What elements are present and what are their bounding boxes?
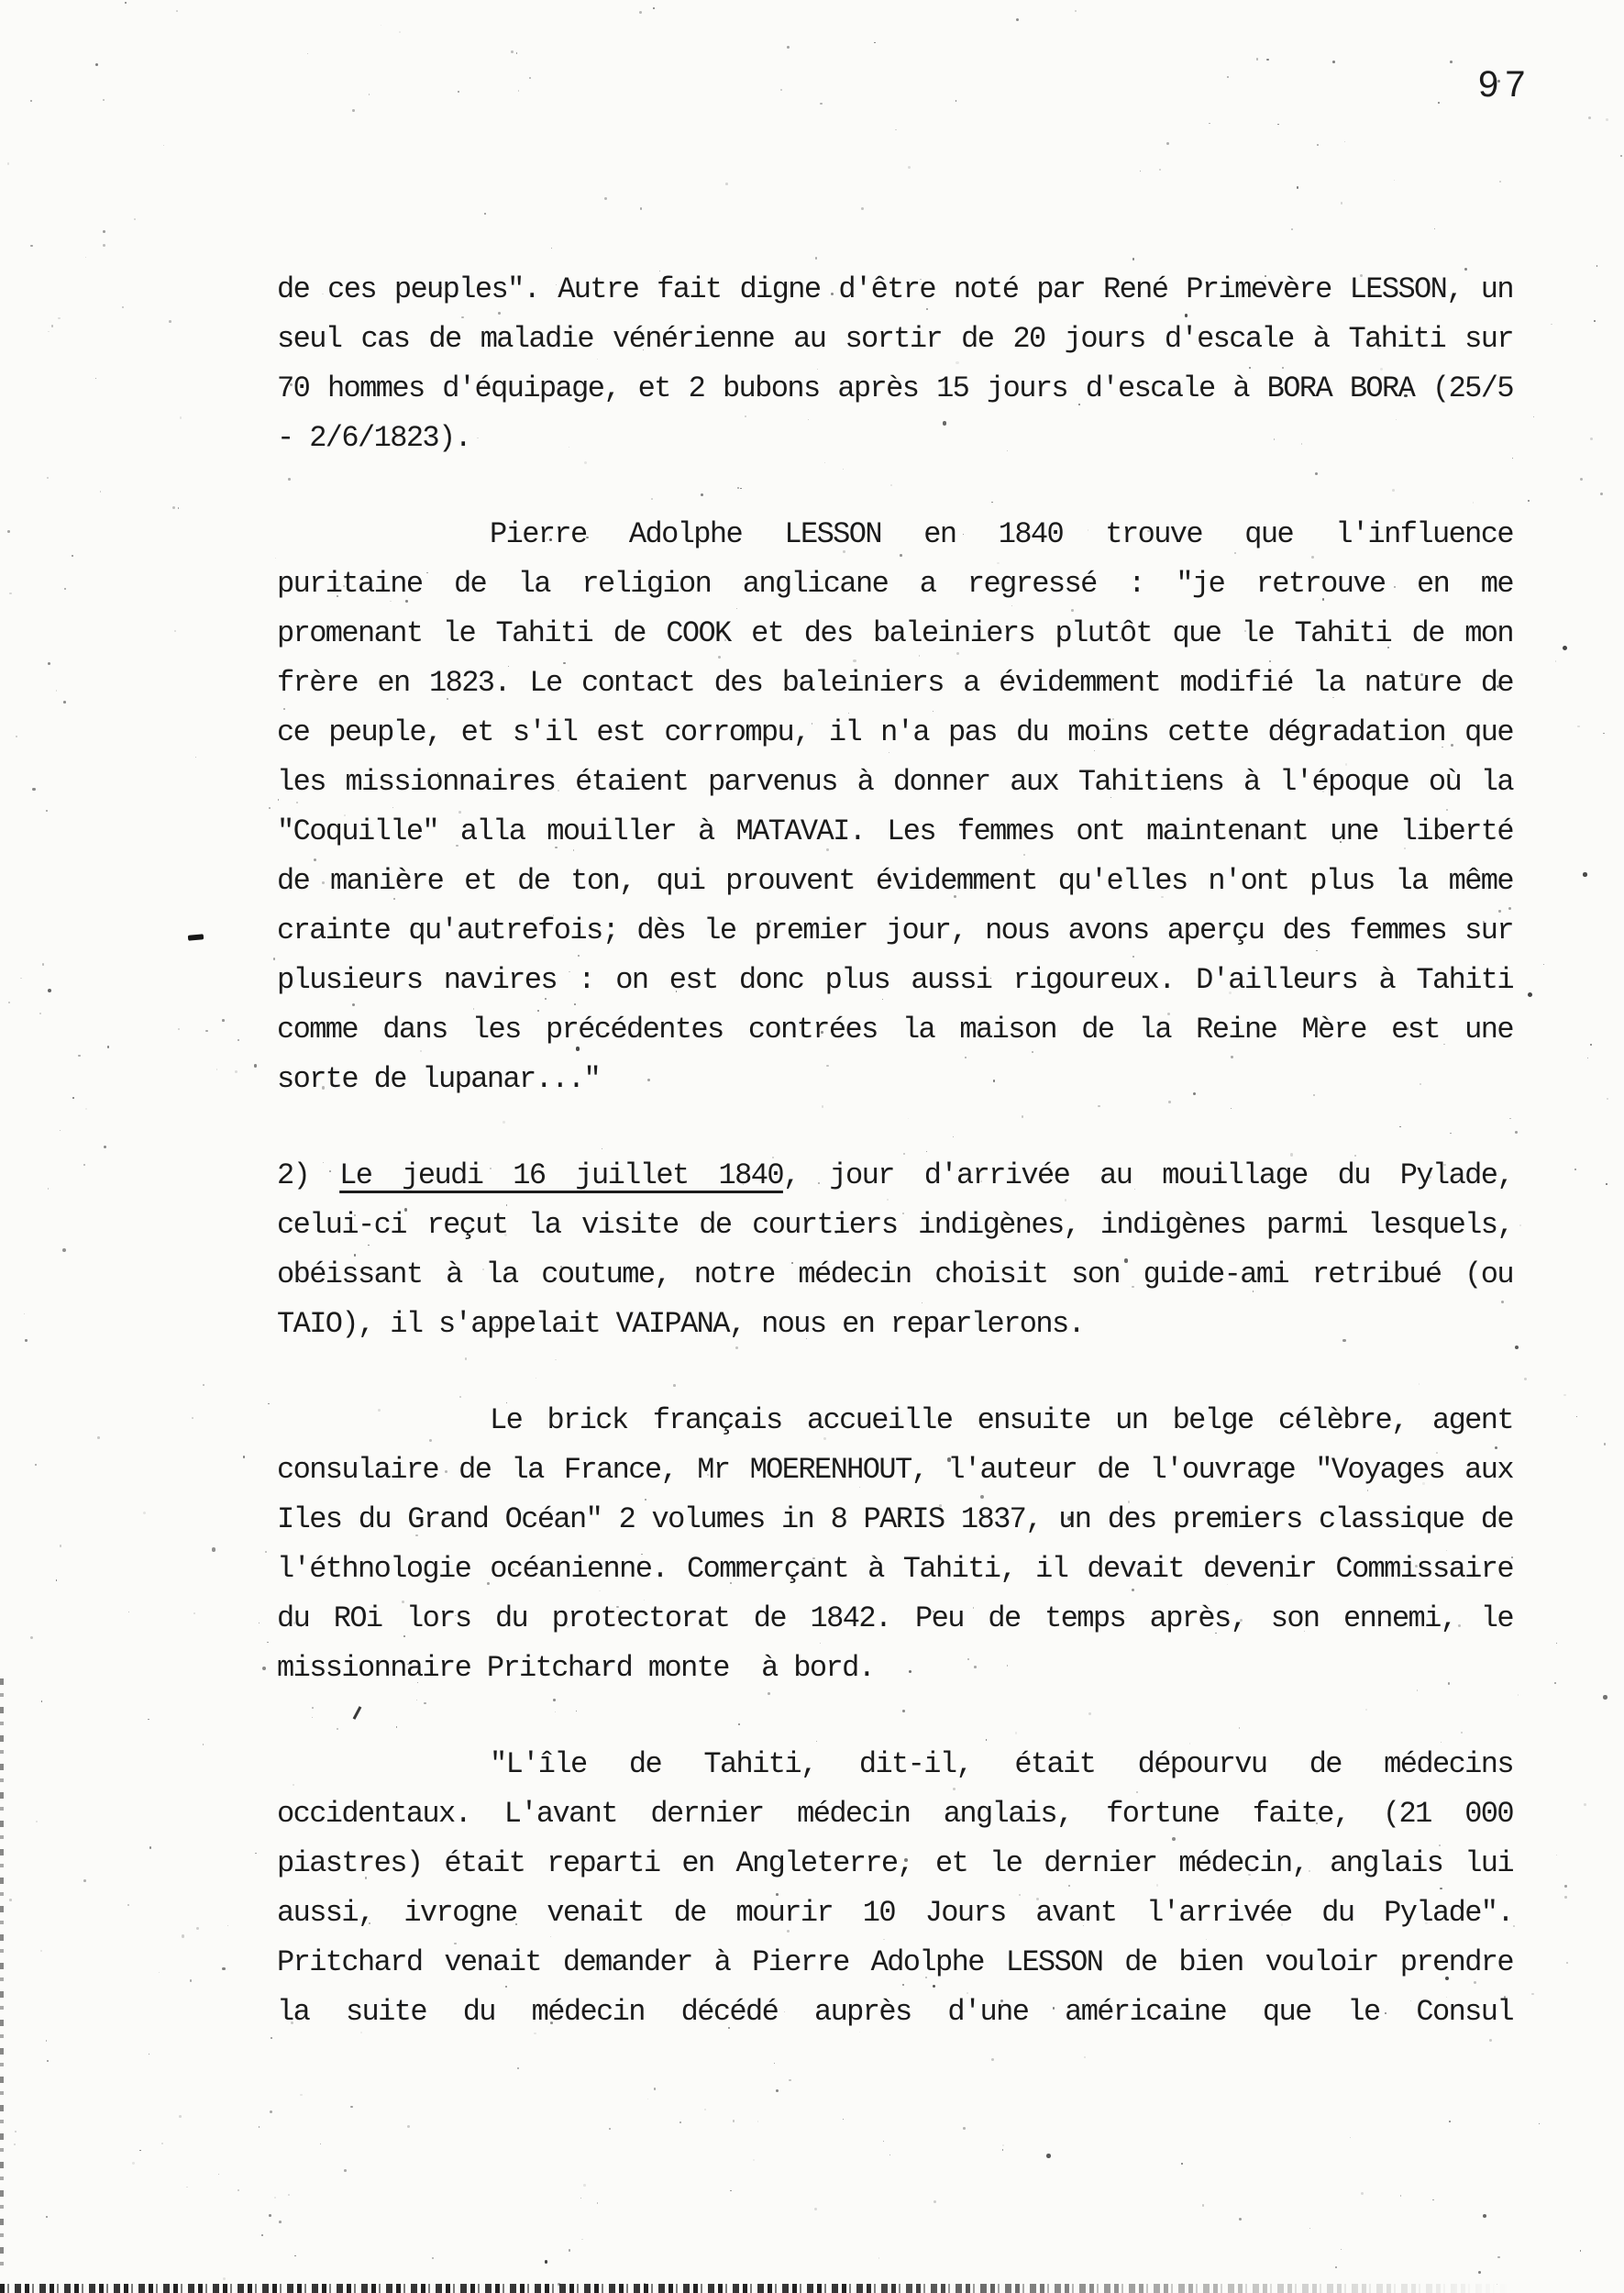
noise-speck [107, 1046, 109, 1047]
noise-speck [1450, 61, 1453, 63]
noise-speck [179, 2115, 182, 2118]
noise-speck [148, 1719, 149, 1721]
stray-ink-dash [188, 934, 204, 940]
noise-speck [1603, 1695, 1607, 1700]
noise-speck [597, 2202, 599, 2204]
text-line: du ROi lors du protectorat de 1842. Peu … [277, 1594, 1513, 1644]
noise-speck [344, 2169, 347, 2172]
noise-speck [432, 2257, 434, 2259]
noise-speck [169, 320, 171, 323]
noise-speck [1603, 733, 1605, 735]
noise-speck [238, 1039, 240, 1042]
noise-speck [1580, 478, 1583, 481]
noise-speck [40, 1950, 42, 1952]
noise-speck [178, 507, 179, 508]
noise-speck [1566, 1962, 1568, 1964]
noise-speck [227, 1925, 228, 1926]
text-line: aussi, ivrogne venait de mourir 10 Jours… [277, 1889, 1513, 1938]
text-line: piastres) était reparti en Angleterre, e… [277, 1839, 1513, 1889]
noise-speck [56, 690, 58, 692]
text-line: Pritchard venait demander à Pierre Adolp… [277, 1938, 1513, 1988]
noise-speck [1588, 116, 1591, 119]
text-line: l'éthnologie océanienne. Commerçant à Ta… [277, 1545, 1513, 1594]
text-line: promenant le Tahiti de COOK et des balei… [277, 609, 1513, 659]
noise-speck [47, 477, 49, 479]
noise-speck [654, 2088, 657, 2090]
noise-speck [1350, 2137, 1351, 2138]
noise-speck [259, 1623, 260, 1623]
noise-speck [1002, 2144, 1004, 2146]
noise-speck [7, 162, 10, 165]
noise-speck [46, 2040, 47, 2041]
noise-speck [1555, 660, 1556, 661]
text-line: 70 hommes d'équipage, et 2 bubons après … [277, 364, 1513, 414]
noise-speck [1620, 155, 1622, 157]
noise-speck [1533, 416, 1534, 417]
noise-speck [143, 1512, 146, 1514]
noise-speck [1483, 2214, 1486, 2218]
noise-speck [1606, 1183, 1607, 1184]
noise-speck [149, 1846, 152, 1849]
noise-speck [127, 1904, 129, 1906]
noise-speck [254, 1064, 258, 1068]
noise-speck [235, 1070, 238, 1073]
noise-speck [1556, 1643, 1557, 1644]
noise-speck [1564, 1885, 1567, 1888]
noise-speck [1513, 1925, 1515, 1927]
noise-speck [273, 958, 275, 959]
text-line: comme dans les précédentes contrées la m… [277, 1005, 1513, 1055]
noise-speck [1563, 1394, 1566, 1397]
text-line: "L'île de Tahiti, dit-il, était dépourvu… [277, 1740, 1513, 1789]
noise-speck [1159, 169, 1161, 171]
noise-speck [35, 1464, 37, 1466]
text-line: de manière et de ton, qui prouvent évide… [277, 857, 1513, 906]
noise-speck [1341, 2249, 1342, 2250]
noise-speck [222, 1967, 225, 1970]
noise-speck [1266, 59, 1268, 61]
noise-speck [1594, 320, 1596, 322]
noise-speck [529, 77, 531, 79]
noise-speck [963, 2127, 966, 2130]
line-rest: , jour d'arrivée au mouillage du Pylade, [783, 1158, 1513, 1192]
noise-speck [128, 1612, 129, 1612]
noise-speck [814, 2208, 817, 2210]
noise-speck [787, 46, 790, 49]
noise-speck [647, 2099, 648, 2099]
text-line: ce peuple, et s'il est corrompu, il n'a … [277, 708, 1513, 758]
noise-speck [279, 2221, 282, 2223]
noise-speck [259, 2126, 260, 2127]
text-line: celui-ci reçut la visite de courtiers in… [277, 1201, 1513, 1250]
noise-speck [212, 1547, 215, 1551]
noise-speck [1227, 76, 1229, 78]
text-line: "Coquille" alla mouiller à MATAVAI. Les … [277, 807, 1513, 857]
noise-speck [780, 89, 782, 91]
text-line: de ces peuples". Autre fait digne d'être… [277, 265, 1513, 315]
noise-speck [1140, 171, 1141, 172]
page-number: 97 [1478, 64, 1532, 105]
noise-speck [895, 129, 897, 131]
noise-speck [48, 1188, 50, 1190]
text-line: la suite du médecin décédé auprès d'une … [277, 1988, 1513, 2037]
noise-speck [511, 50, 514, 53]
noise-speck [16, 736, 17, 737]
noise-speck [203, 1384, 204, 1386]
text-line: missionnaire Pritchard monte à bord. [277, 1644, 1513, 1693]
noise-speck [1341, 202, 1343, 205]
noise-speck [1075, 10, 1077, 12]
noise-speck [730, 2190, 731, 2191]
noise-speck [172, 506, 175, 509]
noise-speck [1556, 1855, 1557, 1855]
noise-speck [60, 1130, 61, 1132]
noise-speck [1400, 2195, 1402, 2197]
noise-speck [458, 91, 458, 92]
noise-speck [243, 1456, 245, 1457]
noise-speck [820, 103, 822, 105]
noise-speck [604, 197, 607, 200]
noise-speck [1434, 228, 1435, 229]
noise-speck [190, 1979, 192, 1981]
noise-speck [653, 7, 655, 9]
noise-speck [1584, 1803, 1586, 1806]
noise-speck [640, 207, 642, 209]
noise-speck [757, 2121, 759, 2122]
noise-speck [63, 701, 66, 703]
noise-speck [350, 2106, 352, 2108]
noise-speck [1577, 726, 1580, 728]
noise-speck [56, 1579, 57, 1580]
noise-speck [883, 2141, 884, 2142]
noise-speck [1515, 1131, 1518, 1134]
noise-speck [300, 2094, 302, 2096]
noise-speck [516, 52, 518, 54]
text-line: plusieurs navires : on est donc plus aus… [277, 956, 1513, 1005]
noise-speck [269, 807, 271, 809]
noise-speck [1046, 2154, 1051, 2158]
noise-speck [182, 1934, 184, 1937]
noise-speck [956, 100, 957, 102]
noise-speck [1478, 2271, 1481, 2274]
noise-speck [1132, 258, 1135, 260]
noise-speck [1449, 2121, 1451, 2122]
text-line: crainte qu'autrefois; dès le premier jou… [277, 906, 1513, 956]
stray-ink-dot [1528, 992, 1532, 997]
noise-speck [776, 2089, 779, 2092]
noise-speck [1317, 144, 1319, 146]
noise-speck [369, 94, 370, 95]
noise-speck [20, 978, 21, 979]
noise-speck [269, 2214, 271, 2217]
noise-speck [46, 2216, 48, 2218]
noise-speck [267, 1642, 269, 1644]
noise-speck [679, 2121, 681, 2123]
document-text-block: de ces peuples". Autre fait digne d'être… [277, 265, 1513, 2037]
noise-speck [815, 257, 817, 259]
noise-speck [186, 2187, 188, 2188]
noise-speck [9, 593, 12, 595]
noise-speck [1518, 1694, 1519, 1695]
noise-speck [238, 2189, 239, 2191]
noise-speck [1239, 2218, 1242, 2221]
text-line: les missionnaires étaient parvenus à don… [277, 758, 1513, 807]
noise-speck [222, 1019, 225, 1022]
noise-speck [39, 1013, 41, 1014]
text-line: Iles du Grand Océan" 2 volumes in 8 PARI… [277, 1495, 1513, 1545]
noise-speck [195, 757, 196, 758]
noise-speck [1554, 1682, 1556, 1684]
noise-speck [30, 1636, 33, 1639]
text-line-with-underlined-date: 2) Le jeudi 16 juillet 1840, jour d'arri… [277, 1151, 1513, 1201]
noise-speck [704, 2109, 706, 2110]
noise-speck [176, 10, 178, 12]
noise-speck [774, 2063, 775, 2064]
text-line: Le brick français accueille ensuite un b… [277, 1396, 1513, 1446]
noise-speck [78, 1055, 80, 1057]
noise-speck [103, 99, 105, 101]
stray-ink-dot [1563, 646, 1567, 650]
noise-speck [1596, 265, 1597, 266]
noise-speck [8, 1002, 10, 1003]
noise-speck [205, 1030, 208, 1033]
noise-speck [161, 2143, 163, 2144]
noise-speck [218, 2174, 219, 2175]
noise-speck [216, 1069, 218, 1070]
noise-speck [132, 2162, 135, 2165]
paragraph-5: "L'île de Tahiti, dit-il, était dépourvu… [277, 1740, 1513, 2037]
noise-speck [125, 2, 127, 4]
noise-speck [51, 325, 53, 327]
noise-speck [139, 2150, 140, 2151]
noise-speck [1519, 1224, 1521, 1226]
noise-speck [62, 1248, 66, 1252]
text-line: seul cas de maladie vénérienne au sortir… [277, 315, 1513, 364]
noise-speck [48, 662, 50, 665]
noise-speck [42, 963, 44, 965]
noise-speck [991, 2058, 994, 2061]
noise-speck [407, 2125, 410, 2128]
noise-speck [545, 2260, 547, 2263]
noise-speck [58, 317, 60, 319]
noise-speck [1574, 1169, 1577, 1171]
noise-speck [1590, 1044, 1592, 1046]
paragraph-2: Pierre Adolphe LESSON en 1840 trouve que… [277, 510, 1513, 1104]
noise-speck [159, 1972, 160, 1973]
noise-speck [609, 2128, 611, 2130]
noise-speck [149, 2054, 150, 2055]
noise-speck [274, 2197, 277, 2199]
noise-speck [352, 109, 355, 112]
noise-speck [97, 1436, 100, 1439]
noise-speck [47, 2060, 49, 2062]
noise-speck [103, 244, 105, 247]
noise-speck [134, 218, 136, 220]
noise-speck [1528, 500, 1530, 502]
noise-speck [1551, 324, 1552, 326]
noise-speck [551, 248, 552, 249]
noise-speck [1524, 1378, 1527, 1380]
noise-speck [639, 11, 642, 14]
noise-speck [908, 166, 911, 169]
noise-speck [203, 1744, 204, 1745]
noise-speck [178, 1028, 180, 1030]
noise-speck [1209, 123, 1210, 125]
noise-speck [30, 100, 32, 102]
noise-speck [1166, 142, 1169, 145]
noise-speck [262, 1667, 266, 1670]
noise-speck [85, 257, 86, 258]
noise-speck [122, 306, 124, 308]
paragraph-4: Le brick français accueille ensuite un b… [277, 1396, 1513, 1693]
noise-speck [1499, 181, 1501, 183]
noise-speck [1531, 1993, 1533, 1995]
noise-speck [580, 2198, 581, 2199]
noise-speck [7, 530, 10, 533]
noise-speck [1297, 186, 1298, 188]
noise-speck [261, 2234, 263, 2236]
stray-ink-dot [1515, 1346, 1519, 1349]
noise-speck [24, 1313, 25, 1314]
noise-speck [196, 1927, 199, 1930]
noise-speck [85, 1108, 87, 1110]
noise-speck [1606, 118, 1608, 121]
noise-speck [1291, 228, 1293, 230]
section-number: 2) [277, 1158, 309, 1192]
noise-speck [889, 2155, 890, 2155]
noise-speck [1438, 102, 1440, 104]
noise-speck [270, 2110, 272, 2113]
noise-speck [15, 2131, 17, 2132]
noise-speck [223, 2277, 226, 2280]
noise-speck [255, 1853, 257, 1855]
noise-speck [1604, 1443, 1606, 1445]
noise-speck [32, 788, 35, 791]
noise-speck [381, 25, 381, 26]
noise-speck [1576, 1416, 1577, 1417]
noise-speck [265, 1551, 268, 1554]
noise-speck [14, 2143, 16, 2145]
noise-speck [878, 2257, 880, 2259]
noise-speck [83, 1164, 85, 1166]
noise-speck [41, 1700, 43, 1702]
noise-speck [934, 2200, 936, 2203]
noise-speck [288, 2194, 290, 2196]
noise-speck [1277, 124, 1279, 126]
noise-speck [83, 1879, 86, 1882]
noise-speck [48, 331, 50, 333]
text-line: TAIO), il s'appelait VAIPANA, nous en re… [277, 1300, 1513, 1349]
noise-speck [1332, 61, 1335, 63]
noise-speck [517, 2067, 519, 2069]
noise-speck [874, 42, 876, 44]
noise-speck [1543, 964, 1544, 965]
noise-speck [174, 630, 176, 632]
noise-speck [25, 1339, 27, 1341]
noise-speck [1181, 2163, 1183, 2165]
noise-speck [192, 1417, 193, 1419]
noise-speck [1016, 18, 1019, 21]
noise-speck [1587, 1058, 1588, 1058]
noise-speck [1202, 2204, 1204, 2206]
noise-speck [1607, 1098, 1608, 1100]
noise-speck [100, 491, 102, 493]
noise-speck [1309, 2228, 1311, 2230]
noise-speck [64, 588, 67, 591]
noise-speck [725, 183, 728, 185]
text-line: obéissant à la coutume, notre médecin ch… [277, 1250, 1513, 1300]
noise-speck [1002, 2149, 1003, 2150]
noise-speck [1361, 2192, 1364, 2195]
noise-speck [104, 1146, 106, 1148]
underlined-date: Le jeudi 16 juillet 1840 [339, 1158, 783, 1192]
noise-speck [9, 1899, 11, 1900]
noise-speck [1600, 493, 1603, 495]
noise-speck [1590, 438, 1593, 440]
noise-speck [1084, 2056, 1086, 2058]
noise-speck [1394, 180, 1395, 181]
text-line: Pierre Adolphe LESSON en 1840 trouve que… [277, 510, 1513, 559]
noise-speck [103, 230, 105, 233]
noise-speck [72, 1097, 74, 1099]
scan-edge-artifact-bottom [0, 2284, 1624, 2293]
noise-speck [163, 145, 164, 146]
noise-speck [48, 989, 51, 992]
noise-speck [180, 416, 182, 418]
noise-speck [733, 2120, 735, 2122]
noise-speck [789, 2079, 790, 2081]
text-line: frère en 1823. Le contact des baleiniers… [277, 659, 1513, 708]
noise-speck [95, 63, 98, 66]
noise-speck [1256, 58, 1258, 60]
noise-speck [1583, 872, 1586, 876]
noise-speck [1539, 2123, 1540, 2124]
noise-speck [271, 2037, 272, 2039]
noise-speck [1489, 2039, 1492, 2042]
noise-speck [843, 2119, 844, 2120]
noise-speck [36, 1821, 38, 1822]
paragraph-3-section-2: 2) Le jeudi 16 juillet 1840, jour d'arri… [277, 1151, 1513, 1349]
noise-speck [60, 1545, 61, 1546]
noise-speck [95, 378, 96, 379]
noise-speck [193, 1612, 195, 1614]
noise-speck [294, 2255, 296, 2257]
noise-speck [861, 207, 864, 210]
scan-edge-artifact-left [0, 1678, 4, 2275]
noise-speck [399, 31, 401, 33]
noise-speck [1580, 2250, 1582, 2252]
noise-speck [72, 555, 72, 556]
paragraph-1: de ces peuples". Autre fait digne d'être… [277, 265, 1513, 463]
noise-speck [484, 213, 486, 215]
text-line: - 2/6/1823). [277, 414, 1513, 463]
noise-speck [569, 2249, 571, 2252]
noise-speck [518, 90, 520, 92]
noise-speck [320, 2143, 321, 2144]
text-line: puritaine de la religion anglicane a reg… [277, 559, 1513, 609]
noise-speck [307, 53, 308, 54]
noise-speck [1497, 2256, 1499, 2258]
noise-speck [1432, 2199, 1433, 2200]
noise-speck [583, 2184, 586, 2187]
noise-speck [268, 1403, 270, 1405]
noise-speck [1344, 141, 1345, 142]
text-line: sorte de lupanar..." [277, 1055, 1513, 1104]
noise-speck [30, 245, 32, 247]
noise-speck [1335, 2266, 1337, 2268]
text-line: consulaire de la France, Mr MOERENHOUT, … [277, 1446, 1513, 1495]
noise-speck [1564, 1896, 1567, 1899]
